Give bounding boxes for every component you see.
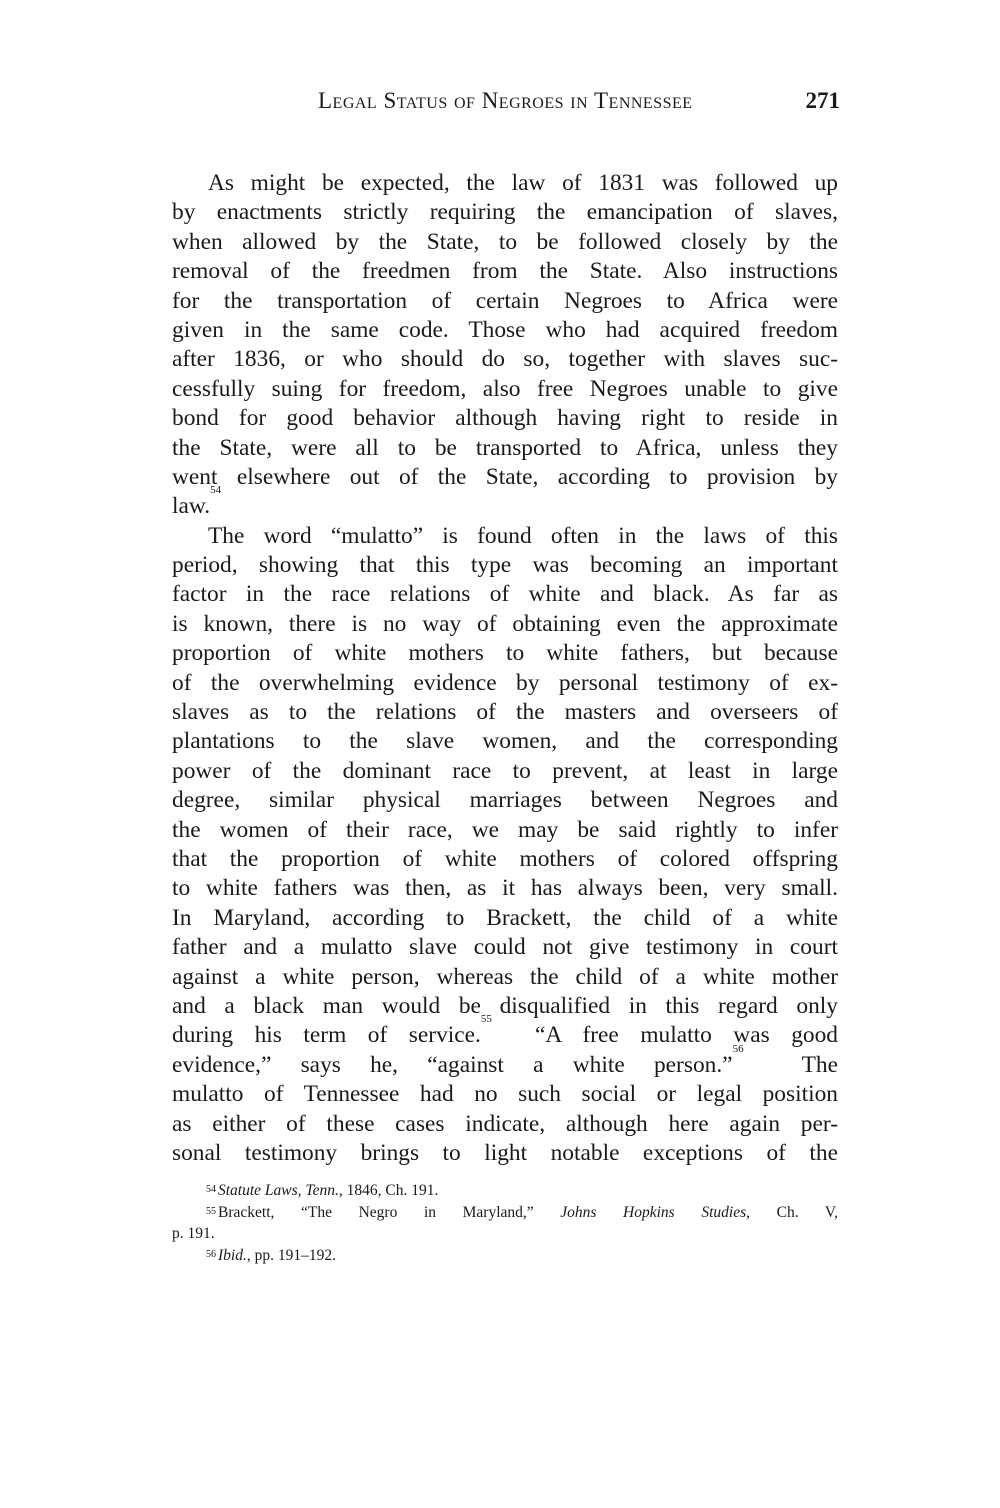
text-line: sonal testimony brings to light notable … bbox=[172, 1139, 838, 1168]
page-number: 271 bbox=[806, 88, 841, 114]
text-line: after 1836, or who should do so, togethe… bbox=[172, 345, 838, 374]
text-line: The word “mulatto” is found often in the… bbox=[172, 522, 838, 551]
footnote-text: , pp. 191–192. bbox=[247, 1247, 336, 1264]
footnote-54: 54Statute Laws, Tenn., 1846, Ch. 191. bbox=[172, 1180, 838, 1202]
text-line: degree, similar physical marriages betwe… bbox=[172, 786, 838, 815]
text-line: against a white person, whereas the chil… bbox=[172, 963, 838, 992]
footnote-ref-56[interactable]: 56 bbox=[733, 1043, 744, 1055]
text-line: by enactments strictly requiring the ema… bbox=[172, 198, 838, 227]
footnote-55: 55Brackett, “The Negro in Maryland,” Joh… bbox=[172, 1202, 838, 1224]
text-line: to white fathers was then, as it has alw… bbox=[172, 874, 838, 903]
footnote-citation-title: Ibid. bbox=[218, 1247, 247, 1264]
text-fragment: evidence,” says he, “against a white per… bbox=[172, 1052, 733, 1078]
footnote-text: , 1846, Ch. 191. bbox=[339, 1182, 438, 1199]
footnotes: 54Statute Laws, Tenn., 1846, Ch. 191. 55… bbox=[172, 1180, 838, 1266]
text-line: proportion of white mothers to white fat… bbox=[172, 639, 838, 668]
text-line: the State, were all to be transported to… bbox=[172, 434, 838, 463]
text-line: mulatto of Tennessee had no such social … bbox=[172, 1080, 838, 1109]
footnote-mark: 56 bbox=[206, 1249, 216, 1260]
text-line: went elsewhere out of the State, accordi… bbox=[172, 463, 838, 492]
text-line: cessfully suing for freedom, also free N… bbox=[172, 375, 838, 404]
text-line: and a black man would be disqualified in… bbox=[172, 992, 838, 1021]
text-line: as either of these cases indicate, altho… bbox=[172, 1110, 838, 1139]
running-head: Legal Status of Negroes in Tennessee 271 bbox=[318, 88, 840, 122]
text-fragment: law. bbox=[172, 493, 210, 519]
text-line: for the transportation of certain Negroe… bbox=[172, 287, 838, 316]
footnote-ref-55[interactable]: 55 bbox=[481, 1013, 492, 1025]
footnote-mark: 55 bbox=[206, 1206, 216, 1217]
footnote-citation-title: Statute Laws, Tenn. bbox=[218, 1182, 339, 1199]
text-line: period, showing that this type was becom… bbox=[172, 551, 838, 580]
footnote-mark: 54 bbox=[206, 1184, 216, 1195]
footnote-56: 56Ibid., pp. 191–192. bbox=[172, 1245, 838, 1267]
text-line: In Maryland, according to Brackett, the … bbox=[172, 904, 838, 933]
text-line: law.54 bbox=[172, 492, 838, 521]
text-fragment: during his term of service. bbox=[172, 1022, 481, 1048]
paragraph-1: As might be expected, the law of 1831 wa… bbox=[172, 169, 838, 522]
paragraph-2: The word “mulatto” is found often in the… bbox=[172, 522, 838, 1169]
running-title: Legal Status of Negroes in Tennessee bbox=[318, 88, 693, 114]
text-line: that the proportion of white mothers of … bbox=[172, 845, 838, 874]
text-line: when allowed by the State, to be followe… bbox=[172, 228, 838, 257]
text-line: is known, there is no way of obtaining e… bbox=[172, 610, 838, 639]
text-line: power of the dominant race to prevent, a… bbox=[172, 757, 838, 786]
text-line: removal of the freedmen from the State. … bbox=[172, 257, 838, 286]
footnote-ref-54[interactable]: 54 bbox=[210, 484, 221, 496]
text-line: slaves as to the relations of the master… bbox=[172, 698, 838, 727]
text-line: the women of their race, we may be said … bbox=[172, 816, 838, 845]
text-line: plantations to the slave women, and the … bbox=[172, 727, 838, 756]
text-fragment: The bbox=[744, 1052, 838, 1078]
body-text: As might be expected, the law of 1831 wa… bbox=[172, 169, 838, 1168]
footnote-text: , Ch. V, bbox=[746, 1204, 838, 1221]
text-line: evidence,” says he, “against a white per… bbox=[172, 1051, 838, 1080]
text-line: given in the same code. Those who had ac… bbox=[172, 316, 838, 345]
text-line: factor in the race relations of white an… bbox=[172, 580, 838, 609]
footnote-citation-title: Johns Hopkins Studies bbox=[560, 1204, 746, 1221]
text-line: bond for good behavior although having r… bbox=[172, 404, 838, 433]
text-line: As might be expected, the law of 1831 wa… bbox=[172, 169, 838, 198]
book-page: Legal Status of Negroes in Tennessee 271… bbox=[0, 0, 1000, 1508]
text-fragment: “A free mulatto was good bbox=[492, 1022, 838, 1048]
text-line: of the overwhelming evidence by personal… bbox=[172, 669, 838, 698]
footnote-text: Brackett, “The Negro in Maryland,” bbox=[218, 1204, 560, 1221]
text-line: father and a mulatto slave could not giv… bbox=[172, 933, 838, 962]
footnote-55-continued: p. 191. bbox=[172, 1223, 838, 1245]
